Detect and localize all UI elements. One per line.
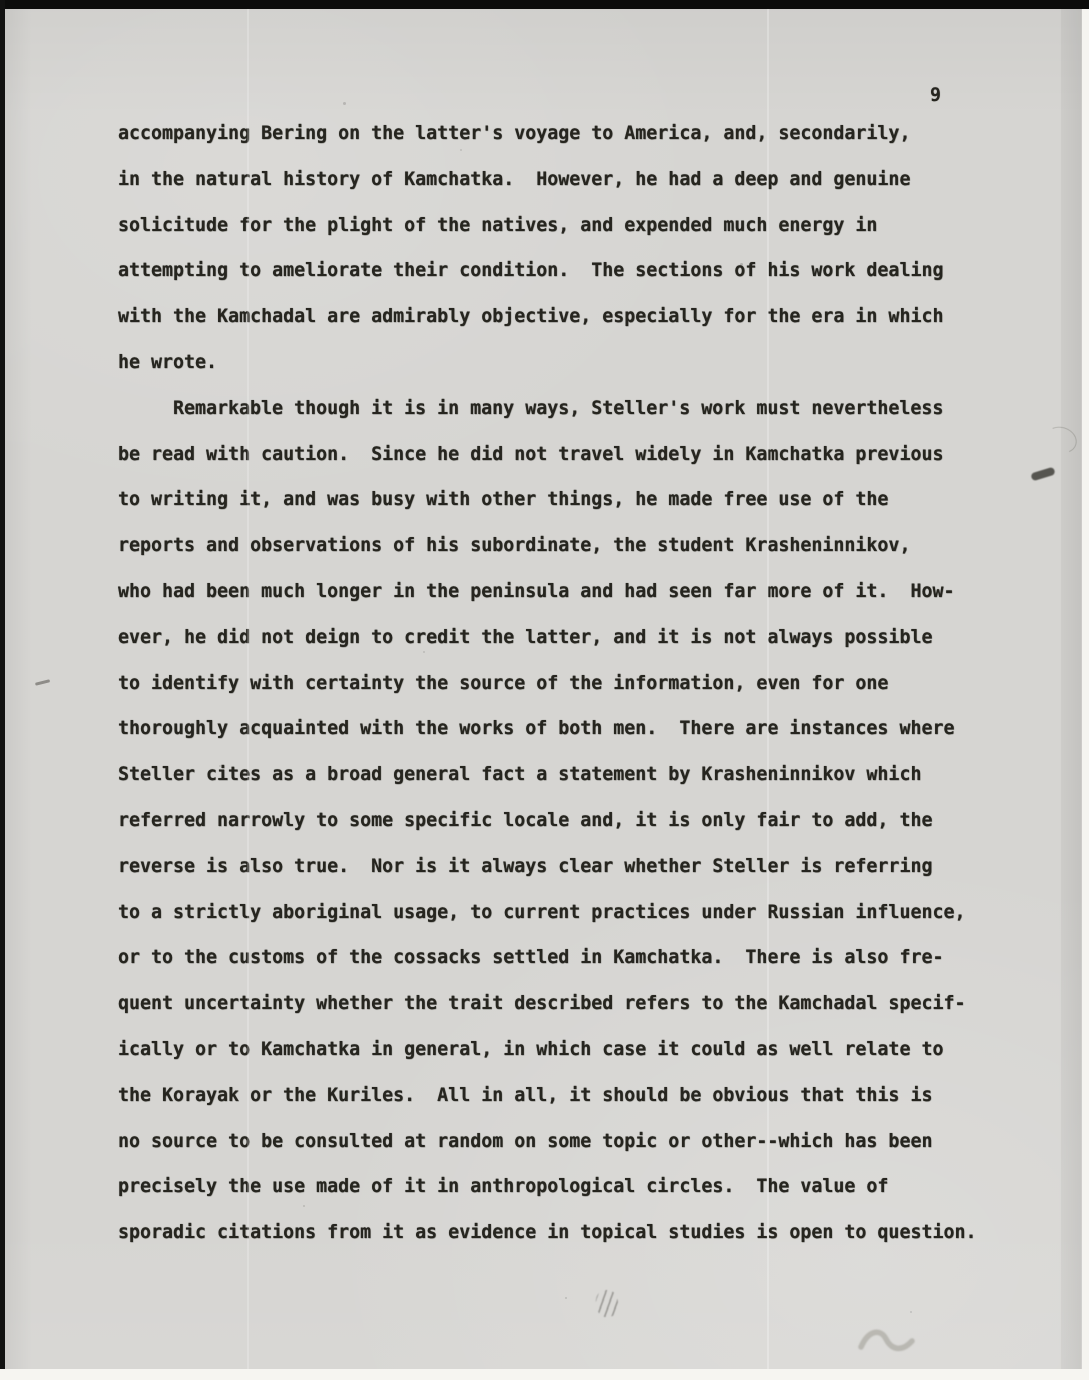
text-line: sporadic citations from it as evidence i… (118, 1210, 1018, 1256)
dust-speck (343, 102, 346, 105)
text-line: ically or to Kamchatka in general, in wh… (118, 1027, 1018, 1073)
faint-arc-artifact (1042, 423, 1080, 458)
ink-smudge-artifact (1030, 467, 1055, 482)
text-line: the Korayak or the Kuriles. All in all, … (118, 1073, 1018, 1119)
text-line: solicitude for the plight of the natives… (118, 203, 1018, 249)
scan-squiggle-artifact (855, 1325, 919, 1363)
text-line: with the Kamchadal are admirably objecti… (118, 294, 1018, 340)
text-line: be read with caution. Since he did not t… (118, 432, 1018, 478)
scanned-page: 9 accompanying Bering on the latter's vo… (0, 0, 1089, 1380)
text-line: reverse is also true. Nor is it always c… (118, 844, 1018, 890)
text-line: reports and observations of his subordin… (118, 523, 1018, 569)
text-line: ever, he did not deign to credit the lat… (118, 615, 1018, 661)
text-line: to a strictly aboriginal usage, to curre… (118, 890, 1018, 936)
text-line: in the natural history of Kamchatka. How… (118, 157, 1018, 203)
text-line: or to the customs of the cossacks settle… (118, 935, 1018, 981)
dust-speck (565, 1297, 567, 1299)
scan-edge-top (0, 0, 1089, 9)
scan-edge-bottom (0, 1369, 1089, 1380)
scan-streak (1061, 9, 1081, 1369)
text-line: accompanying Bering on the latter's voya… (118, 111, 1018, 157)
text-line: who had been much longer in the peninsul… (118, 569, 1018, 615)
pencil-dash-artifact (35, 679, 50, 685)
text-line: he wrote. (118, 340, 1018, 386)
text-line: Remarkable though it is in many ways, St… (118, 386, 1018, 432)
text-line: precisely the use made of it in anthropo… (118, 1164, 1018, 1210)
pencil-hatch-artifact (595, 1289, 620, 1318)
dust-speck (910, 1311, 912, 1313)
scan-edge-right (1082, 9, 1089, 1380)
text-line: to writing it, and was busy with other t… (118, 477, 1018, 523)
text-line: attempting to ameliorate their condition… (118, 248, 1018, 294)
scan-edge-left (0, 0, 5, 1380)
text-line: no source to be consulted at random on s… (118, 1119, 1018, 1165)
text-line: to identify with certainty the source of… (118, 661, 1018, 707)
text-line: thoroughly acquainted with the works of … (118, 706, 1018, 752)
document-text: accompanying Bering on the latter's voya… (118, 111, 1018, 1256)
text-line: quent uncertainty whether the trait desc… (118, 981, 1018, 1027)
paper-sheet: 9 accompanying Bering on the latter's vo… (5, 9, 1082, 1369)
text-line: referred narrowly to some specific local… (118, 798, 1018, 844)
text-line: Steller cites as a broad general fact a … (118, 752, 1018, 798)
